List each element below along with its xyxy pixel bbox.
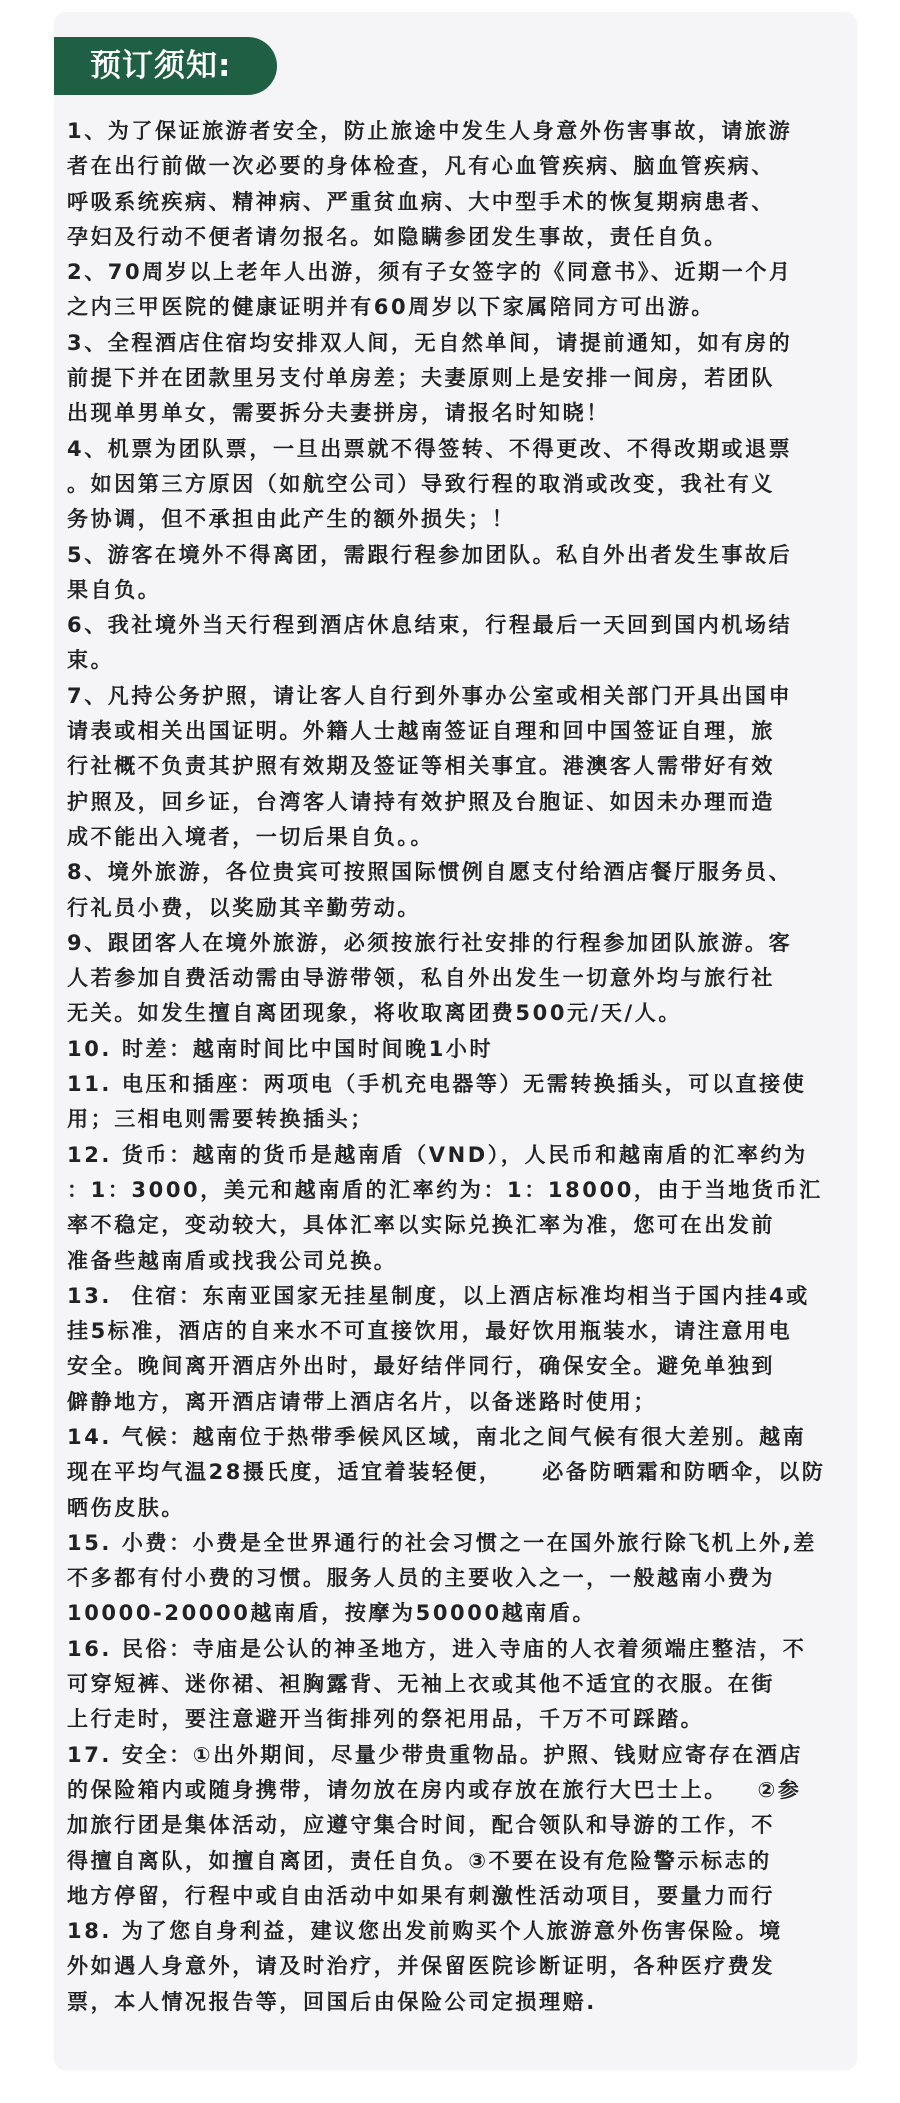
notice-item-13: 13. 住宿：东南亚国家无挂星制度，以上酒店标准均相当于国内挂4或挂5标准，酒店… bbox=[67, 1279, 847, 1420]
notice-line: 10. 时差：越南时间比中国时间晚1小时 bbox=[67, 1032, 847, 1067]
notice-line: 13. 住宿：东南亚国家无挂星制度，以上酒店标准均相当于国内挂4或 bbox=[67, 1279, 847, 1314]
notice-line: 7、凡持公务护照，请让客人自行到外事办公室或相关部门开具出国申 bbox=[67, 679, 847, 714]
notice-item-9: 9、跟团客人在境外旅游，必须按旅行社安排的行程参加团队旅游。客人若参加自费活动需… bbox=[67, 926, 847, 1032]
notice-line: 成不能出入境者，一切后果自负。。 bbox=[67, 820, 847, 855]
notice-line: 地方停留，行程中或自由活动中如果有刺激性活动项目，要量力而行 bbox=[67, 1879, 847, 1914]
notice-line: 加旅行团是集体活动，应遵守集合时间，配合领队和导游的工作，不 bbox=[67, 1808, 847, 1843]
notice-line: 10000-20000越南盾，按摩为50000越南盾。 bbox=[67, 1596, 847, 1631]
notice-line: 准备些越南盾或找我公司兑换。 bbox=[67, 1244, 847, 1279]
notice-line: 晒伤皮肤。 bbox=[67, 1491, 847, 1526]
notice-line: 12. 货币：越南的货币是越南盾（VND），人民币和越南盾的汇率约为 bbox=[67, 1138, 847, 1173]
notice-item-8: 8、境外旅游，各位贵宾可按照国际惯例自愿支付给酒店餐厅服务员、行礼员小费，以奖励… bbox=[67, 855, 847, 926]
notice-line: 务协调，但不承担由此产生的额外损失；！ bbox=[67, 502, 847, 537]
notice-line: 18. 为了您自身利益，建议您出发前购买个人旅游意外伤害保险。境 bbox=[67, 1914, 847, 1949]
notice-line: 14. 气候：越南位于热带季候风区域，南北之间气候有很大差别。越南 bbox=[67, 1420, 847, 1455]
notice-line: 束。 bbox=[67, 643, 847, 678]
notice-line: 出现单男单女，需要拆分夫妻拼房，请报名时知晓！ bbox=[67, 396, 847, 431]
notice-line: 得擅自离队，如擅自离团，责任自负。③不要在设有危险警示标志的 bbox=[67, 1844, 847, 1879]
notice-line: 上行走时，要注意避开当街排列的祭祀用品，千万不可踩踏。 bbox=[67, 1702, 847, 1737]
notice-line: 前提下并在团款里另支付单房差；夫妻原则上是安排一间房，若团队 bbox=[67, 361, 847, 396]
notice-item-17: 17. 安全：①出外期间，尽量少带贵重物品。护照、钱财应寄存在酒店的保险箱内或随… bbox=[67, 1738, 847, 1914]
notice-line: 无关。如发生擅自离团现象，将收取离团费500元/天/人。 bbox=[67, 996, 847, 1031]
notice-item-4: 4、机票为团队票，一旦出票就不得签转、不得更改、不得改期或退票。如因第三方原因（… bbox=[67, 432, 847, 538]
notice-line: 4、机票为团队票，一旦出票就不得签转、不得更改、不得改期或退票 bbox=[67, 432, 847, 467]
notice-item-2: 2、70周岁以上老年人出游，须有子女签字的《同意书》、近期一个月之内三甲医院的健… bbox=[67, 255, 847, 326]
notice-line: 6、我社境外当天行程到酒店休息结束，行程最后一天回到国内机场结 bbox=[67, 608, 847, 643]
section-title-badge: 预订须知: bbox=[54, 37, 277, 95]
notice-item-12: 12. 货币：越南的货币是越南盾（VND），人民币和越南盾的汇率约为：1：300… bbox=[67, 1138, 847, 1279]
notice-item-6: 6、我社境外当天行程到酒店休息结束，行程最后一天回到国内机场结束。 bbox=[67, 608, 847, 679]
notice-line: 孕妇及行动不便者请勿报名。如隐瞒参团发生事故，责任自负。 bbox=[67, 220, 847, 255]
notice-line: 率不稳定，变动较大，具体汇率以实际兑换汇率为准，您可在出发前 bbox=[67, 1208, 847, 1243]
notice-item-11: 11. 电压和插座：两项电（手机充电器等）无需转换插头，可以直接使用；三相电则需… bbox=[67, 1067, 847, 1138]
notice-line: 现在平均气温28摄氏度，适宜着装轻便， 必备防晒霜和防晒伞，以防 bbox=[67, 1455, 847, 1490]
notice-line: 安全。晚间离开酒店外出时，最好结伴同行，确保安全。避免单独到 bbox=[67, 1349, 847, 1384]
notice-line: 人若参加自费活动需由导游带领，私自外出发生一切意外均与旅行社 bbox=[67, 961, 847, 996]
notice-line: 的保险箱内或随身携带，请勿放在房内或存放在旅行大巴士上。 ②参 bbox=[67, 1773, 847, 1808]
notice-line: 9、跟团客人在境外旅游，必须按旅行社安排的行程参加团队旅游。客 bbox=[67, 926, 847, 961]
notice-item-1: 1、为了保证旅游者安全，防止旅途中发生人身意外伤害事故，请旅游者在出行前做一次必… bbox=[67, 114, 847, 255]
notice-line: 15. 小费：小费是全世界通行的社会习惯之一在国外旅行除飞机上外,差 bbox=[67, 1526, 847, 1561]
notice-item-10: 10. 时差：越南时间比中国时间晚1小时 bbox=[67, 1032, 847, 1067]
notice-item-16: 16. 民俗：寺庙是公认的神圣地方，进入寺庙的人衣着须端庄整洁，不可穿短裤、迷你… bbox=[67, 1632, 847, 1738]
notice-line: 行礼员小费，以奖励其辛勤劳动。 bbox=[67, 891, 847, 926]
notice-line: 不多都有付小费的习惯。服务人员的主要收入之一，一般越南小费为 bbox=[67, 1561, 847, 1596]
notice-line: 17. 安全：①出外期间，尽量少带贵重物品。护照、钱财应寄存在酒店 bbox=[67, 1738, 847, 1773]
notice-line: 之内三甲医院的健康证明并有60周岁以下家属陪同方可出游。 bbox=[67, 290, 847, 325]
notice-line: 1、为了保证旅游者安全，防止旅途中发生人身意外伤害事故，请旅游 bbox=[67, 114, 847, 149]
notice-line: 外如遇人身意外，请及时治疗，并保留医院诊断证明，各种医疗费发 bbox=[67, 1949, 847, 1984]
notice-line: 。如因第三方原因（如航空公司）导致行程的取消或改变，我社有义 bbox=[67, 467, 847, 502]
notice-list: 1、为了保证旅游者安全，防止旅途中发生人身意外伤害事故，请旅游者在出行前做一次必… bbox=[67, 114, 847, 2020]
section-title: 预订须知: bbox=[90, 48, 231, 84]
notice-line: 票，本人情况报告等，回国后由保险公司定损理赔. bbox=[67, 1985, 847, 2020]
notice-line: 2、70周岁以上老年人出游，须有子女签字的《同意书》、近期一个月 bbox=[67, 255, 847, 290]
notice-line: 请表或相关出国证明。外籍人士越南签证自理和回中国签证自理，旅 bbox=[67, 714, 847, 749]
notice-line: 呼吸系统疾病、精神病、严重贫血病、大中型手术的恢复期病患者、 bbox=[67, 185, 847, 220]
notice-line: 果自负。 bbox=[67, 573, 847, 608]
notice-line: 11. 电压和插座：两项电（手机充电器等）无需转换插头，可以直接使 bbox=[67, 1067, 847, 1102]
notice-line: 者在出行前做一次必要的身体检查，凡有心血管疾病、脑血管疾病、 bbox=[67, 149, 847, 184]
notice-line: 3、全程酒店住宿均安排双人间，无自然单间，请提前通知，如有房的 bbox=[67, 326, 847, 361]
notice-line: 可穿短裤、迷你裙、袒胸露背、无袖上衣或其他不适宜的衣服。在街 bbox=[67, 1667, 847, 1702]
notice-item-5: 5、游客在境外不得离团，需跟行程参加团队。私自外出者发生事故后果自负。 bbox=[67, 538, 847, 609]
notice-line: 16. 民俗：寺庙是公认的神圣地方，进入寺庙的人衣着须端庄整洁，不 bbox=[67, 1632, 847, 1667]
notice-line: 行社概不负责其护照有效期及签证等相关事宜。港澳客人需带好有效 bbox=[67, 749, 847, 784]
notice-line: 8、境外旅游，各位贵宾可按照国际惯例自愿支付给酒店餐厅服务员、 bbox=[67, 855, 847, 890]
notice-line: ：1：3000，美元和越南盾的汇率约为：1：18000，由于当地货币汇 bbox=[67, 1173, 847, 1208]
notice-line: 挂5标准，酒店的自来水不可直接饮用，最好饮用瓶装水，请注意用电 bbox=[67, 1314, 847, 1349]
notice-line: 僻静地方，离开酒店请带上酒店名片，以备迷路时使用； bbox=[67, 1385, 847, 1420]
notice-line: 5、游客在境外不得离团，需跟行程参加团队。私自外出者发生事故后 bbox=[67, 538, 847, 573]
booking-notice-card: 预订须知: 1、为了保证旅游者安全，防止旅途中发生人身意外伤害事故，请旅游者在出… bbox=[54, 12, 857, 2070]
notice-item-18: 18. 为了您自身利益，建议您出发前购买个人旅游意外伤害保险。境外如遇人身意外，… bbox=[67, 1914, 847, 2020]
notice-line: 用；三相电则需要转换插头； bbox=[67, 1102, 847, 1137]
notice-item-15: 15. 小费：小费是全世界通行的社会习惯之一在国外旅行除飞机上外,差不多都有付小… bbox=[67, 1526, 847, 1632]
notice-line: 护照及，回乡证，台湾客人请持有效护照及台胞证、如因未办理而造 bbox=[67, 785, 847, 820]
notice-item-14: 14. 气候：越南位于热带季候风区域，南北之间气候有很大差别。越南现在平均气温2… bbox=[67, 1420, 847, 1526]
notice-item-3: 3、全程酒店住宿均安排双人间，无自然单间，请提前通知，如有房的前提下并在团款里另… bbox=[67, 326, 847, 432]
notice-item-7: 7、凡持公务护照，请让客人自行到外事办公室或相关部门开具出国申请表或相关出国证明… bbox=[67, 679, 847, 855]
